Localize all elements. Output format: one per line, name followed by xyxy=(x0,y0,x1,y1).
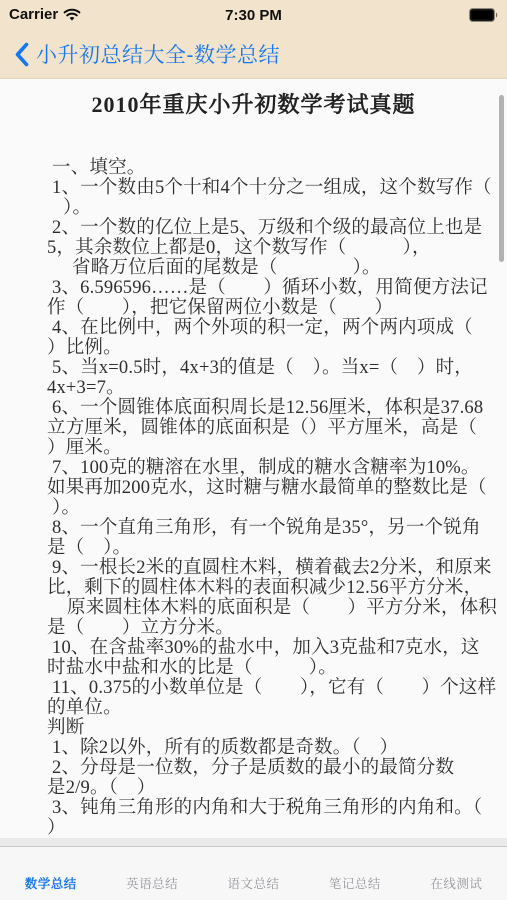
document-line: ）厘米。 xyxy=(47,438,487,458)
document-line: 5、当x=0.5时，4x+3的值是（ ）。当x=（ ）时， xyxy=(47,358,487,378)
status-bar: Carrier 7:30 PM xyxy=(0,0,507,30)
document-line: 原来圆柱体木料的底面积是（ ）平方分米，体积 xyxy=(47,598,487,618)
tab-item-数学总结[interactable]: 数学总结 xyxy=(0,847,101,900)
document-line: 是（ ）立方分米。 xyxy=(47,618,487,638)
document-lines: 一、填空。1、一个数由5个十和4个十分之一组成，这个数写作（）。2、一个数的亿位… xyxy=(47,158,487,838)
back-button[interactable]: 小升初总结大全-数学总结 xyxy=(14,39,280,69)
app-screen: Carrier 7:30 PM xyxy=(0,0,507,900)
document-line: 3、钝角三角形的内角和大于税角三角形的内角和。（ xyxy=(47,798,487,818)
document-line: 10、在含盐率30%的盐水中，加入3克盐和7克水，这 xyxy=(47,638,487,658)
battery-icon xyxy=(469,8,499,22)
document-line: 5，其余数位上都是0，这个数写作（ ）， xyxy=(47,238,487,258)
tab-item-笔记总结[interactable]: 笔记总结 xyxy=(304,847,405,900)
document-line: 7、100克的糖溶在水里，制成的糖水含糖率为10%。 xyxy=(47,458,487,478)
scrollbar-thumb[interactable] xyxy=(499,95,504,262)
document-line: 一、填空。 xyxy=(47,158,487,178)
document-line: 省略万位后面的尾数是（ ）。 xyxy=(47,258,487,278)
document-line: 3、6.596596……是（ ）循环小数，用简便方法记 xyxy=(47,278,487,298)
document-line: 是（ ）。 xyxy=(47,538,487,558)
header: Carrier 7:30 PM xyxy=(0,0,507,79)
document-line: 11、0.375的小数单位是（ ），它有（ ）个这样 xyxy=(47,678,487,698)
document-line: ）。 xyxy=(47,498,487,518)
document-title: 2010年重庆小升初数学考试真题 xyxy=(0,91,507,119)
tab-item-语文总结[interactable]: 语文总结 xyxy=(203,847,304,900)
tab-item-英语总结[interactable]: 英语总结 xyxy=(101,847,202,900)
document-line: 6、一个圆锥体底面积周长是12.56厘米，体积是37.68 xyxy=(47,398,487,418)
document-line: 1、一个数由5个十和4个十分之一组成，这个数写作（ xyxy=(47,178,487,198)
document-line: ）。 xyxy=(47,198,487,218)
tab-bar: 数学总结英语总结语文总结笔记总结在线测试 xyxy=(0,846,507,900)
document-line: 立方厘米，圆锥体的底面积是（）平方厘米，高是（ xyxy=(47,418,487,438)
document-line: 4x+3=7。 xyxy=(47,378,487,398)
document-line: 9、一根长2米的直圆柱木料，横着截去2分米，和原来 xyxy=(47,558,487,578)
document-view[interactable]: 2010年重庆小升初数学考试真题 一、填空。1、一个数由5个十和4个十分之一组成… xyxy=(0,79,507,838)
document-line: 判断 xyxy=(47,718,487,738)
document-line: 作（ ），把它保留两位小数是（ ） xyxy=(47,298,487,318)
document-line: ）比例。 xyxy=(47,338,487,358)
document-line: 2、一个数的亿位上是5、万级和个级的最高位上也是 xyxy=(47,218,487,238)
document-line: 时盐水中盐和水的比是（ ）。 xyxy=(47,658,487,678)
tab-item-在线测试[interactable]: 在线测试 xyxy=(406,847,507,900)
chevron-left-icon xyxy=(14,42,29,67)
document-line: 8、一个直角三角形，有一个锐角是35°，另一个锐角 xyxy=(47,518,487,538)
document-line: 是2/9。（ ） xyxy=(47,778,487,798)
status-time: 7:30 PM xyxy=(0,7,507,24)
document-end-strip xyxy=(0,838,507,846)
document-line: 1、除2以外，所有的质数都是奇数。（ ） xyxy=(47,738,487,758)
nav-bar: 小升初总结大全-数学总结 xyxy=(0,30,507,78)
document-line: 2、分母是一位数，分子是质数的最小的最简分数 xyxy=(47,758,487,778)
document-line: 4、在比例中，两个外项的积一定，两个两内项成（ xyxy=(47,318,487,338)
document-line: 比，剩下的圆柱体木料的表面积减少12.56平方分米， xyxy=(47,578,487,598)
back-button-label: 小升初总结大全-数学总结 xyxy=(36,39,280,69)
document-line: 的单位。 xyxy=(47,698,487,718)
document-line: ） xyxy=(47,818,487,838)
document-line: 如果再加200克水，这时糖与糖水最简单的整数比是（ xyxy=(47,478,487,498)
spacer xyxy=(0,119,507,158)
